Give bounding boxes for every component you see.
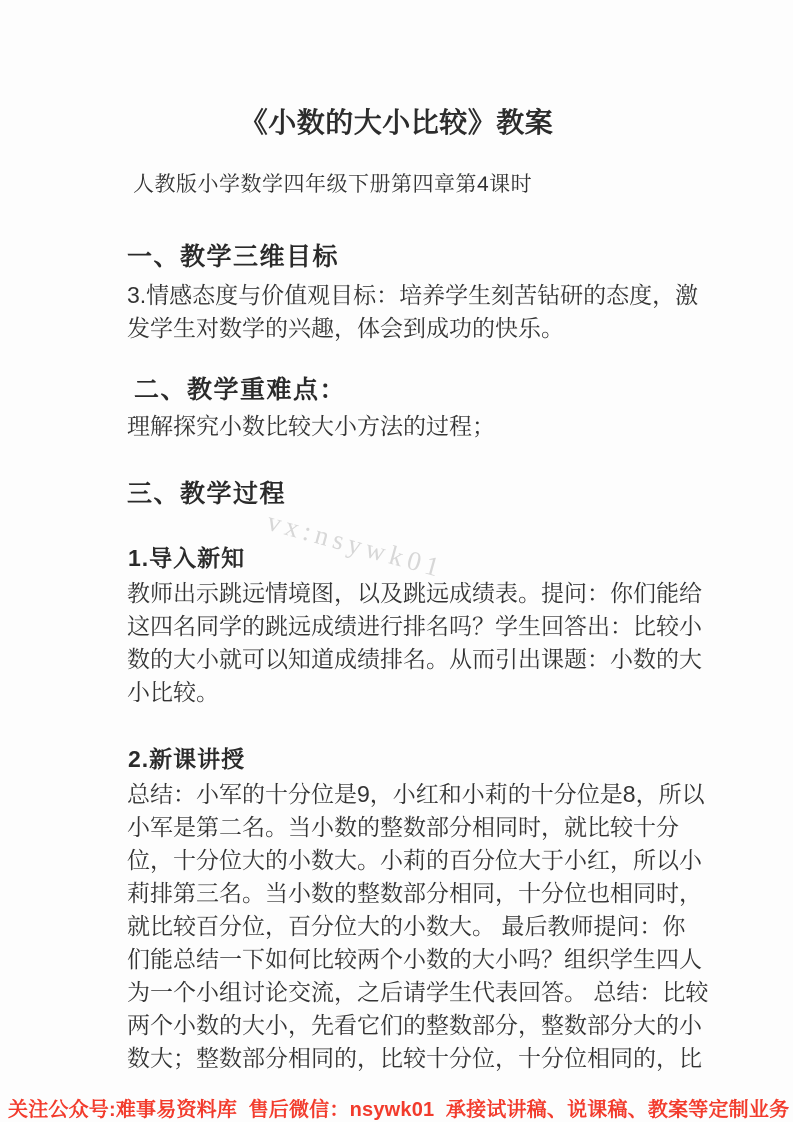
document-title: 《小数的大小比较》教案 [0, 101, 793, 141]
paragraph-new-lesson: 总结：小军的十分位是9，小红和小莉的十分位是8，所以 小军是第二名。当小数的整数… [127, 778, 767, 1075]
paragraph-intro-new-knowledge: 教师出示跳远情境图，以及跳远成绩表。提问：你们能给 这四名同学的跳远成绩进行排名… [127, 577, 767, 709]
footer-promo-text: 关注公众号:难事易资料库 售后微信：nsywk01 承接试讲稿、说课稿、教案等定… [8, 1093, 789, 1122]
watermark-text: vx:nsywk01 [264, 506, 448, 585]
document-page: 《小数的大小比较》教案 人教版小学数学四年级下册第四章第4课时 一、教学三维目标… [0, 0, 793, 1122]
paragraph-key-points: 理解探究小数比较大小方法的过程； [127, 410, 767, 443]
paragraph-objectives: 3.情感态度与价值观目标：培养学生刻苦钻研的态度，激 发学生对数学的兴趣，体会到… [127, 279, 767, 345]
subheading-new-lesson: 2.新课讲授 [128, 741, 245, 774]
section-heading-key-points: 二、教学重难点： [134, 370, 346, 406]
subheading-intro-new-knowledge: 1.导入新知 [128, 540, 245, 573]
section-heading-objectives: 一、教学三维目标 [127, 237, 339, 273]
section-heading-process: 三、教学过程 [127, 474, 286, 510]
document-subtitle: 人教版小学数学四年级下册第四章第4课时 [133, 168, 532, 198]
